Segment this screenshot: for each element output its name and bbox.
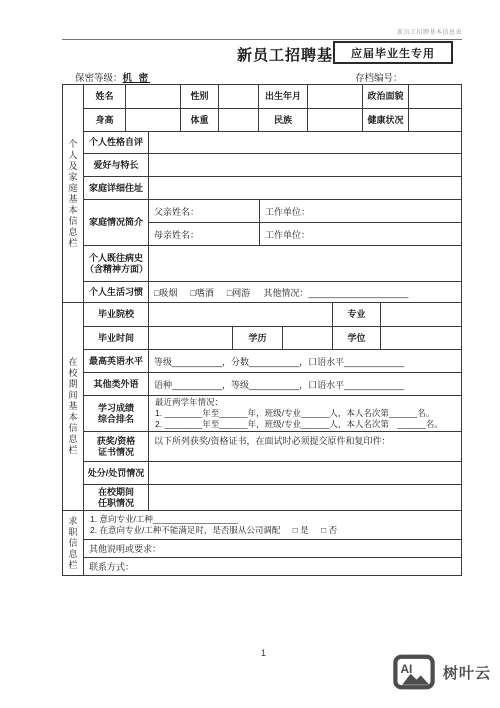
checkbox-relocate-no[interactable]: □ 否 — [321, 525, 337, 535]
label-college: 毕业院校 — [84, 303, 148, 326]
row-hobby: 爱好与特长 — [84, 153, 461, 176]
field-mother-unit[interactable]: 工作单位： — [259, 223, 461, 245]
section2-label: 在校期间基本信息栏 — [67, 357, 80, 456]
subrow-mother: 母亲姓名： 工作单位： — [149, 222, 461, 245]
label-foreign-lang: 其他类外语 — [84, 373, 148, 395]
section-job-seeking: 求职信息栏 1. 意向专业/工种__________________ 2. 在意… — [63, 510, 461, 575]
label-english: 最高英语水平 — [84, 350, 148, 372]
field-weight[interactable] — [218, 109, 258, 131]
checkbox-smoking[interactable]: □吸烟 — [154, 286, 177, 299]
field-punishment[interactable] — [148, 462, 461, 484]
field-father-name[interactable]: 父亲姓名： — [149, 200, 259, 222]
row-foreign-lang: 其他类外语 语种__________，等级__________，口语水平____… — [84, 372, 461, 395]
row-contact: 联系方式： — [84, 557, 461, 575]
row-name-gender: 姓名 性别 出生年月 政治面貌 — [84, 85, 461, 108]
watermark-logo-icon: AI — [392, 652, 436, 692]
intent-line-2: 2. 在意向专业/工种不能满足时，是否服从公司调配 □ 是 □ 否 — [90, 525, 337, 536]
section1-strip: 个人及家庭基本信息栏 — [63, 85, 84, 302]
label-awards: 获奖/资格证书情况 — [84, 432, 148, 461]
subrow-father: 父亲姓名： 工作单位： — [149, 200, 461, 222]
section-personal-family: 个人及家庭基本信息栏 姓名 性别 出生年月 政治面貌 身高 体重 — [63, 85, 461, 302]
field-grad-time[interactable] — [148, 327, 232, 349]
section1-label: 个人及家庭基本信息栏 — [67, 139, 80, 249]
rank-head: 最近两学年情况： — [155, 397, 443, 408]
label-name: 姓名 — [84, 85, 125, 108]
label-hobby: 爱好与特长 — [84, 154, 148, 176]
field-birth[interactable] — [307, 85, 362, 108]
row-rank: 学习成绩综合排名 最近两学年情况： 1. ________年至______年，班… — [84, 395, 461, 431]
field-health[interactable] — [408, 109, 461, 131]
label-medical: 个人既往病史（含精神方面） — [84, 246, 148, 281]
row-college: 毕业院校 专业 — [84, 303, 461, 326]
field-gender[interactable] — [218, 85, 258, 108]
watermark-brand: 树叶云 — [443, 662, 491, 683]
document-page: 新员工招聘基本信息表 新员工招聘基本信息表 应届毕业生专用 保密等级：机 密 存… — [0, 0, 500, 708]
label-personality: 个人性格自评 — [84, 132, 148, 153]
section3-strip: 求职信息栏 — [63, 511, 84, 575]
field-address[interactable] — [148, 177, 461, 199]
label-family: 家庭情况简介 — [84, 200, 148, 245]
label-birth: 出生年月 — [258, 85, 307, 108]
row-height-weight: 身高 体重 民族 健康状况 — [84, 108, 461, 131]
rank-item-2[interactable]: 2. ________年至______年，班级/专业______人，本人名次第 … — [155, 419, 443, 430]
section2-strip: 在校期间基本信息栏 — [63, 303, 84, 510]
field-rank[interactable]: 最近两学年情况： 1. ________年至______年，班级/专业_____… — [148, 396, 461, 431]
svg-text:AI: AI — [400, 662, 412, 676]
section3-label: 求职信息栏 — [67, 516, 80, 571]
label-ethnic: 民族 — [258, 109, 307, 131]
field-english[interactable]: 等级__________，分数__________，口语水平__________… — [148, 350, 461, 372]
field-medical[interactable] — [148, 246, 461, 281]
field-degree[interactable] — [380, 327, 461, 349]
field-height[interactable] — [125, 109, 180, 131]
watermark: AI 树叶云 — [392, 652, 491, 692]
row-punishment: 处分/处罚情况 — [84, 461, 461, 484]
row-personality: 个人性格自评 — [84, 131, 461, 153]
checkbox-drinking[interactable]: □嗜酒 — [190, 286, 213, 299]
row-habits: 个人生活习惯 □吸烟 □嗜酒 □网游 其他情况：________________… — [84, 281, 461, 302]
label-degree: 学位 — [332, 327, 380, 349]
label-punishment: 处分/处罚情况 — [84, 462, 148, 484]
field-intention: 1. 意向专业/工种__________________ 2. 在意向专业/工种… — [84, 511, 461, 539]
intent-line-1[interactable]: 1. 意向专业/工种__________________ — [90, 514, 337, 525]
row-awards: 获奖/资格证书情况 以下所列获奖/资格证书，在面试时必须提交原件和复印件： — [84, 431, 461, 461]
field-school-posts[interactable] — [148, 485, 461, 510]
row-school-posts: 在校期间任职情况 — [84, 484, 461, 510]
field-politics[interactable] — [408, 85, 461, 108]
label-major: 专业 — [332, 303, 380, 326]
rank-item-1[interactable]: 1. ________年至______年，班级/专业______人，本人名次第_… — [155, 408, 443, 419]
field-ethnic[interactable] — [307, 109, 362, 131]
header-rule — [62, 39, 462, 40]
field-habit-other[interactable]: 其他情况：____________________ — [263, 286, 408, 299]
form-table: 个人及家庭基本信息栏 姓名 性别 出生年月 政治面貌 身高 体重 — [62, 84, 462, 576]
row-medical: 个人既往病史（含精神方面） — [84, 245, 461, 281]
meta-line: 保密等级：机 密 存档编号： — [62, 70, 462, 84]
row-other-notes: 其他说明或要求： — [84, 539, 461, 557]
secrecy-value: 机 密 — [123, 73, 151, 84]
field-hobby[interactable] — [148, 154, 461, 176]
label-height: 身高 — [84, 109, 125, 131]
label-habits: 个人生活习惯 — [84, 282, 148, 302]
field-personality[interactable] — [148, 132, 461, 153]
field-other-notes[interactable]: 其他说明或要求： — [84, 540, 461, 557]
secrecy-level: 保密等级：机 密 — [75, 70, 150, 84]
page-number: 1 — [261, 648, 266, 658]
label-weight: 体重 — [180, 109, 218, 131]
label-school-posts: 在校期间任职情况 — [84, 485, 148, 510]
field-habits: □吸烟 □嗜酒 □网游 其他情况：____________________ — [148, 282, 461, 302]
label-address: 家庭详细住址 — [84, 177, 148, 199]
graduate-stamp-box: 应届毕业生专用 — [333, 41, 453, 64]
checkbox-gaming[interactable]: □网游 — [227, 286, 250, 299]
field-education[interactable] — [282, 327, 332, 349]
field-major[interactable] — [380, 303, 461, 326]
label-grad-time: 毕业时间 — [84, 327, 148, 349]
field-name[interactable] — [125, 85, 180, 108]
field-father-unit[interactable]: 工作单位： — [259, 200, 461, 222]
label-rank: 学习成绩综合排名 — [84, 396, 148, 431]
checkbox-relocate-yes[interactable]: □ 是 — [293, 525, 309, 535]
label-health: 健康状况 — [362, 109, 408, 131]
row-english: 最高英语水平 等级__________，分数__________，口语水平___… — [84, 349, 461, 372]
label-education: 学历 — [232, 327, 282, 349]
field-contact[interactable]: 联系方式： — [84, 558, 461, 575]
label-gender: 性别 — [180, 85, 218, 108]
field-college[interactable] — [148, 303, 332, 326]
field-mother-name[interactable]: 母亲姓名： — [149, 223, 259, 245]
row-intention: 1. 意向专业/工种__________________ 2. 在意向专业/工种… — [84, 511, 461, 539]
row-graduation: 毕业时间 学历 学位 — [84, 326, 461, 349]
row-family: 家庭情况简介 父亲姓名： 工作单位： 母亲姓名： 工作单位： — [84, 199, 461, 245]
field-awards[interactable]: 以下所列获奖/资格证书，在面试时必须提交原件和复印件： — [148, 432, 461, 461]
field-foreign-lang[interactable]: 语种__________，等级__________，口语水平__________… — [148, 373, 461, 395]
row-address: 家庭详细住址 — [84, 176, 461, 199]
doc-header-note: 新员工招聘基本信息表 — [397, 27, 462, 36]
label-politics: 政治面貌 — [362, 85, 408, 108]
section-school-info: 在校期间基本信息栏 毕业院校 专业 毕业时间 学历 学位 — [63, 302, 461, 510]
